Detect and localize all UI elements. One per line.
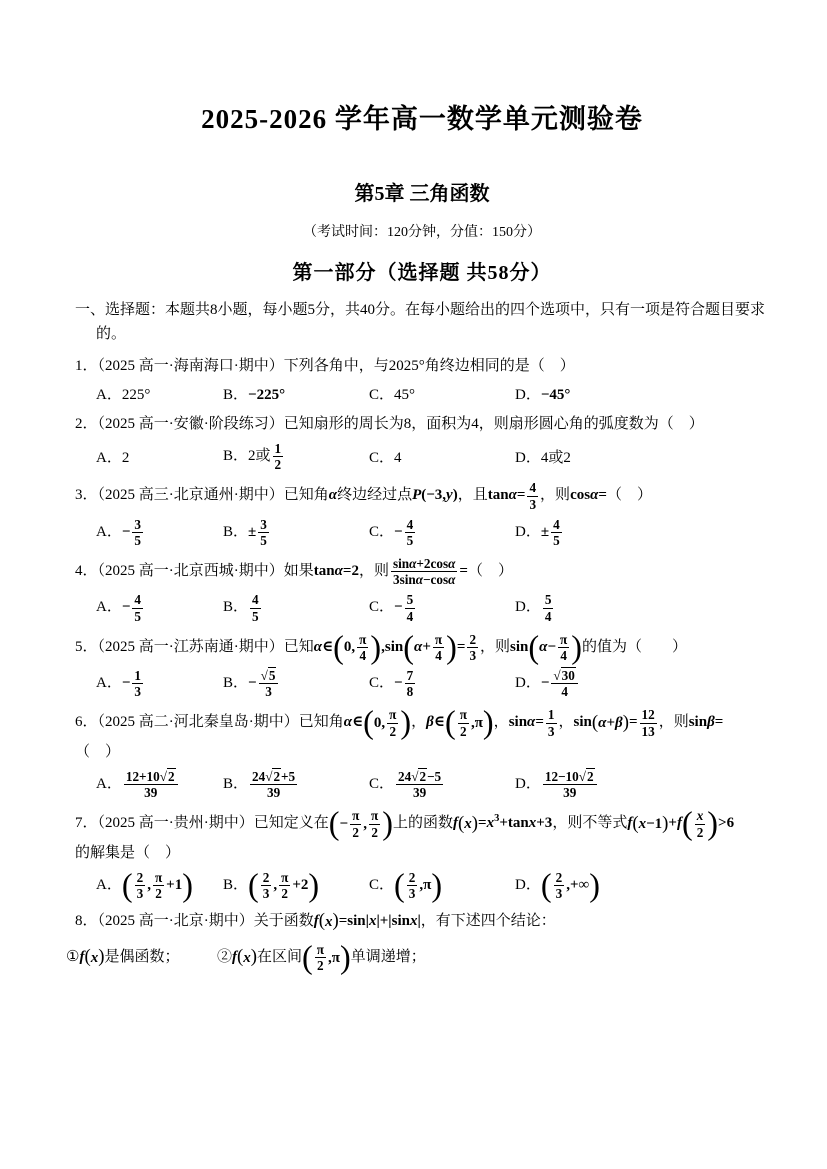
option-value: 12−10√239 bbox=[541, 776, 599, 792]
question-6-option-a: A．12+10√239 bbox=[96, 769, 223, 800]
exam-info: （考试时间：120分钟，分值：150分） bbox=[75, 221, 769, 241]
option-value: 2或12 bbox=[248, 448, 285, 464]
question-3-options: A．−35 B．±35 C．−45 D．±45 bbox=[75, 517, 769, 548]
part-heading: 第一部分（选择题 共58分） bbox=[75, 256, 769, 285]
option-value: −45 bbox=[394, 524, 417, 540]
question-7-option-a: A．(23,π2+1) bbox=[96, 870, 223, 901]
option-label: D． bbox=[515, 383, 541, 404]
question-3-option-a: A．−35 bbox=[96, 517, 223, 548]
question-6: 6．（2025 高二·河北秦皇岛·期中）已知角α∈(0,π2)，β∈(π2,π)… bbox=[75, 707, 769, 800]
exam-page: 2025-2026 学年高一数学单元测验卷 第5章 三角函数 （考试时间：120… bbox=[0, 0, 827, 1169]
question-3: 3．（2025 高三·北京通州·期中）已知角α终边经过点P(−3,y)，且tan… bbox=[75, 480, 769, 548]
option-label: C． bbox=[369, 520, 394, 541]
option-label: B． bbox=[223, 772, 248, 793]
question-2-option-b: B．2或12 bbox=[223, 441, 369, 472]
option-value: 45 bbox=[248, 599, 263, 615]
question-1-option-a: A．225° bbox=[96, 383, 223, 404]
question-5-stem: 5．（2025 高一·江苏南通·期中）已知α∈(0,π4),sin(α+π4)=… bbox=[75, 632, 769, 663]
option-value: (23,+∞) bbox=[541, 877, 600, 893]
option-value: ±45 bbox=[541, 524, 564, 540]
option-value: 24√2−539 bbox=[394, 776, 445, 792]
option-value: −√304 bbox=[541, 675, 580, 691]
section-instructions: 一、选择题：本题共8小题，每小题5分，共40分。在每小题给出的四个选项中，只有一… bbox=[75, 298, 769, 346]
question-4-option-a: A．−45 bbox=[96, 592, 223, 623]
option-label: D． bbox=[515, 520, 541, 541]
option-value: (23,π2+2) bbox=[248, 877, 319, 893]
question-6-answer-blank: （ ） bbox=[75, 741, 769, 764]
option-label: D． bbox=[515, 772, 541, 793]
question-1-options: A．225° B．−225° C．45° D．−45° bbox=[75, 383, 769, 404]
option-label: D． bbox=[515, 873, 541, 894]
question-6-stem: 6．（2025 高二·河北秦皇岛·期中）已知角α∈(0,π2)，β∈(π2,π)… bbox=[75, 707, 769, 738]
option-value: 24√2+539 bbox=[248, 776, 299, 792]
option-value: −78 bbox=[394, 675, 417, 691]
question-7: 7．（2025 高一·贵州·期中）已知定义在(−π2,π2)上的函数f(x)=x… bbox=[75, 808, 769, 901]
option-label: A． bbox=[96, 873, 122, 894]
option-value: −45 bbox=[122, 599, 145, 615]
question-4-option-c: C．−54 bbox=[369, 592, 515, 623]
question-2-options: A．2 B．2或12 C．4 D．4或2 bbox=[75, 441, 769, 472]
question-7-stem-continued: 的解集是（ ） bbox=[75, 842, 769, 865]
option-label: C． bbox=[369, 873, 394, 894]
question-6-option-b: B．24√2+539 bbox=[223, 769, 369, 800]
option-value: 4 bbox=[394, 450, 402, 466]
option-value: −13 bbox=[122, 675, 145, 691]
option-label: B． bbox=[223, 671, 248, 692]
question-6-options: A．12+10√239 B．24√2+539 C．24√2−539 D．12−1… bbox=[75, 769, 769, 800]
question-4: 4．（2025 高一·北京西城·期中）如果tanα=2，则sinα+2cosα3… bbox=[75, 556, 769, 624]
option-label: C． bbox=[369, 671, 394, 692]
question-4-stem: 4．（2025 高一·北京西城·期中）如果tanα=2，则sinα+2cosα3… bbox=[75, 556, 769, 587]
question-2-option-a: A．2 bbox=[96, 446, 223, 467]
option-label: A． bbox=[96, 383, 122, 404]
option-value: (23,π2+1) bbox=[122, 877, 193, 893]
option-value: −45° bbox=[541, 387, 571, 403]
question-3-option-b: B．±35 bbox=[223, 517, 369, 548]
chapter-heading: 第5章 三角函数 bbox=[75, 177, 769, 206]
question-2-option-c: C．4 bbox=[369, 446, 515, 467]
question-1-option-b: B．−225° bbox=[223, 383, 369, 404]
question-1: 1．（2025 高一·海南海口·期中）下列各角中，与2025°角终边相同的是（ … bbox=[75, 354, 769, 404]
option-value: 45° bbox=[394, 387, 415, 403]
option-label: B． bbox=[223, 383, 248, 404]
question-5-options: A．−13 B．−√53 C．−78 D．−√304 bbox=[75, 668, 769, 699]
question-7-stem: 7．（2025 高一·贵州·期中）已知定义在(−π2,π2)上的函数f(x)=x… bbox=[75, 808, 769, 839]
option-label: D． bbox=[515, 446, 541, 467]
question-7-option-c: C．(23,π) bbox=[369, 870, 515, 901]
question-6-option-d: D．12−10√239 bbox=[515, 769, 769, 800]
option-value: ±35 bbox=[248, 524, 271, 540]
question-5: 5．（2025 高一·江苏南通·期中）已知α∈(0,π4),sin(α+π4)=… bbox=[75, 632, 769, 700]
option-value: −225° bbox=[248, 387, 285, 403]
question-4-options: A．−45 B．45 C．−54 D．54 bbox=[75, 592, 769, 623]
question-3-option-d: D．±45 bbox=[515, 517, 769, 548]
question-8-conclusions: ①f(x)是偶函数； ②f(x)在区间(π2,π)单调递增； bbox=[66, 942, 769, 973]
option-label: D． bbox=[515, 595, 541, 616]
option-value: 54 bbox=[541, 599, 556, 615]
option-label: B． bbox=[223, 595, 248, 616]
option-label: A． bbox=[96, 671, 122, 692]
option-label: C． bbox=[369, 383, 394, 404]
question-8: 8．（2025 高一·北京·期中）关于函数f(x)=sin|x|+|sinx|，… bbox=[75, 909, 769, 973]
question-5-option-c: C．−78 bbox=[369, 668, 515, 699]
question-4-option-b: B．45 bbox=[223, 592, 369, 623]
option-label: C． bbox=[369, 772, 394, 793]
option-value: 4或2 bbox=[541, 450, 571, 466]
option-value: −54 bbox=[394, 599, 417, 615]
option-label: A． bbox=[96, 520, 122, 541]
question-6-option-c: C．24√2−539 bbox=[369, 769, 515, 800]
option-value: 225° bbox=[122, 387, 151, 403]
question-1-option-c: C．45° bbox=[369, 383, 515, 404]
option-label: B． bbox=[223, 444, 248, 465]
option-label: A． bbox=[96, 772, 122, 793]
option-label: B． bbox=[223, 520, 248, 541]
option-label: A． bbox=[96, 595, 122, 616]
option-label: C． bbox=[369, 595, 394, 616]
option-value: −35 bbox=[122, 524, 145, 540]
question-5-option-b: B．−√53 bbox=[223, 668, 369, 699]
option-value: (23,π) bbox=[394, 877, 442, 893]
question-3-option-c: C．−45 bbox=[369, 517, 515, 548]
question-4-option-d: D．54 bbox=[515, 592, 769, 623]
option-value: 12+10√239 bbox=[122, 776, 180, 792]
question-1-stem: 1．（2025 高一·海南海口·期中）下列各角中，与2025°角终边相同的是（ … bbox=[75, 354, 769, 378]
question-2: 2．（2025 高一·安徽·阶段练习）已知扇形的周长为8，面积为4，则扇形圆心角… bbox=[75, 412, 769, 472]
question-8-stem: 8．（2025 高一·北京·期中）关于函数f(x)=sin|x|+|sinx|，… bbox=[75, 909, 769, 934]
question-5-option-a: A．−13 bbox=[96, 668, 223, 699]
question-5-option-d: D．−√304 bbox=[515, 668, 769, 699]
question-7-options: A．(23,π2+1) B．(23,π2+2) C．(23,π) D．(23,+… bbox=[75, 870, 769, 901]
option-value: 2 bbox=[122, 450, 130, 466]
option-label: B． bbox=[223, 873, 248, 894]
option-label: D． bbox=[515, 671, 541, 692]
question-3-stem: 3．（2025 高三·北京通州·期中）已知角α终边经过点P(−3,y)，且tan… bbox=[75, 480, 769, 511]
question-7-option-b: B．(23,π2+2) bbox=[223, 870, 369, 901]
option-label: C． bbox=[369, 446, 394, 467]
page-title: 2025-2026 学年高一数学单元测验卷 bbox=[75, 97, 769, 136]
option-label: A． bbox=[96, 446, 122, 467]
question-7-option-d: D．(23,+∞) bbox=[515, 870, 769, 901]
question-2-stem: 2．（2025 高一·安徽·阶段练习）已知扇形的周长为8，面积为4，则扇形圆心角… bbox=[75, 412, 769, 436]
option-value: −√53 bbox=[248, 675, 280, 691]
question-1-option-d: D．−45° bbox=[515, 383, 769, 404]
question-2-option-d: D．4或2 bbox=[515, 446, 769, 467]
